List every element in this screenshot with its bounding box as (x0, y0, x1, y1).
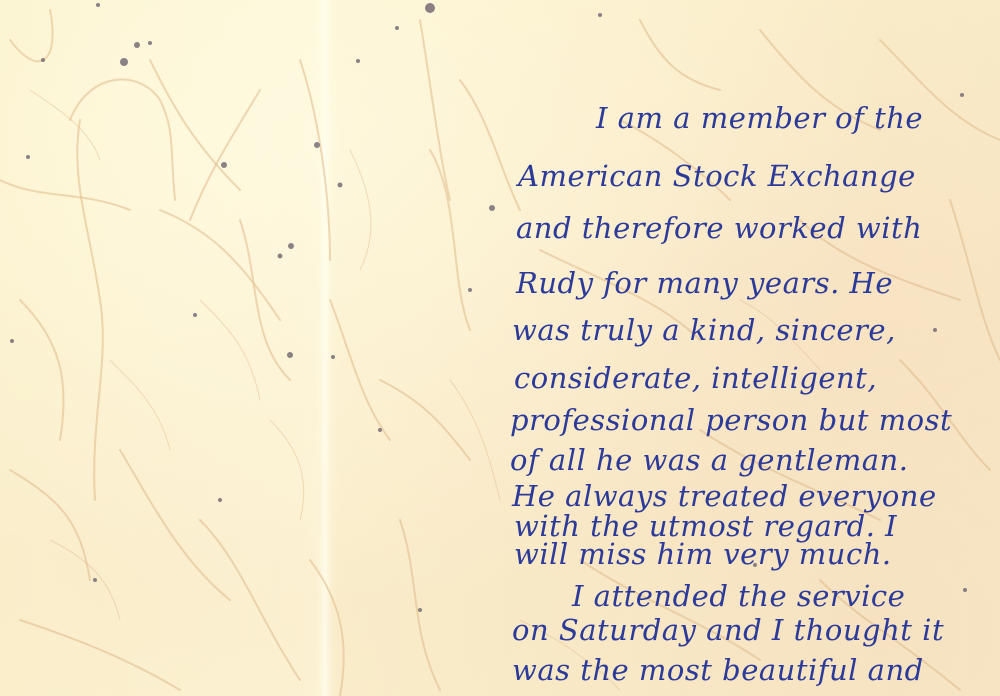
note-line: I attended the service (572, 582, 905, 611)
note-line: will miss him very much. (514, 540, 892, 569)
note-line: considerate, intelligent, (514, 364, 877, 393)
note-line: was the most beautiful and (512, 656, 924, 685)
note-line: of all he was a gentleman. (510, 446, 908, 475)
note-line: Rudy for many years. He (516, 269, 893, 298)
note-line: and therefore worked with (516, 214, 922, 243)
note-line: on Saturday and I thought it (512, 616, 944, 645)
note-line: American Stock Exchange (518, 162, 916, 191)
note-line: was truly a kind, sincere, (512, 316, 896, 345)
note-line: I am a member of the (596, 104, 923, 133)
note-line: professional person but most (510, 406, 952, 435)
note-line: He always treated everyone (512, 482, 937, 511)
